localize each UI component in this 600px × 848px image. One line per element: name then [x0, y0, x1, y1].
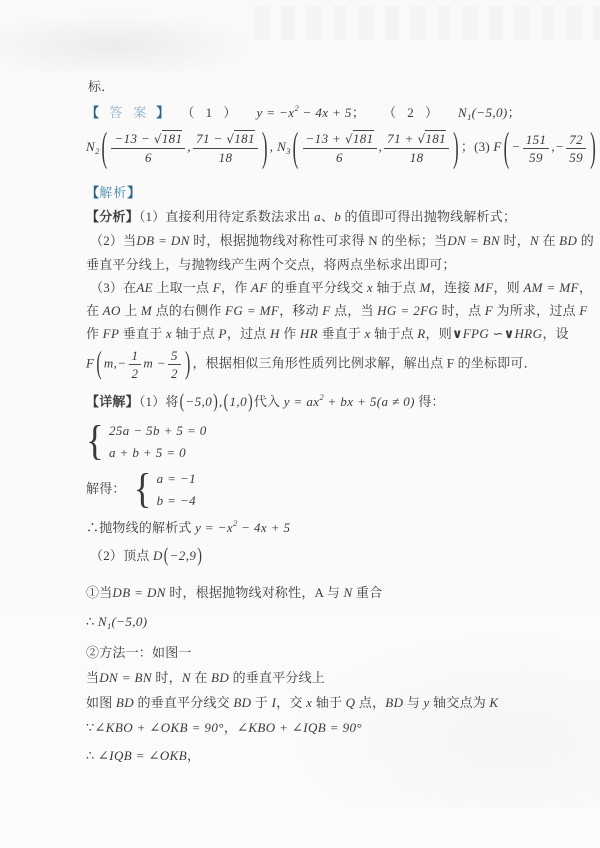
text-run: 在: [191, 670, 211, 685]
text-run: ，: [187, 748, 200, 763]
denominator: 2: [129, 365, 142, 381]
paren: (: [224, 389, 229, 418]
text-run: 代入: [254, 394, 284, 409]
system-rows: a = −1b = −4: [157, 468, 196, 512]
sqrt: √181: [417, 131, 446, 146]
text-run: BD: [559, 233, 577, 248]
case1-line: ①当DB = DN 时，根据抛物线对称性，A 与 N 重合: [86, 583, 382, 603]
radicand: 181: [353, 130, 374, 146]
text-run: BD: [385, 695, 403, 710]
text-run: 轴交点为: [430, 695, 490, 710]
text-run: ∠IQB = ∠OKB: [98, 748, 187, 763]
case2-line: 当DN = BN 时，N 在 BD 的垂直平分线上: [86, 668, 325, 688]
text-run: N: [98, 614, 107, 629]
numerator: 1: [129, 348, 142, 365]
text-run: DB = DN: [112, 585, 165, 600]
radicand: 181: [162, 130, 183, 146]
text-run: ，: [224, 720, 237, 735]
analysis-part3d: F(m,−12m −52)，根据相似三角形性质列比例求解，解出点 F 的坐标即可…: [86, 348, 537, 381]
scan-artifact: [0, 14, 250, 72]
detail-part1: 【详解】（1）将(−5,0),(1,0)代入 y = ax2 + bx + 5(…: [86, 392, 445, 413]
text-run: 答案: [109, 105, 157, 120]
paren: ): [248, 389, 253, 418]
text-run: ；: [508, 105, 521, 120]
text-run: 【: [86, 185, 99, 200]
text-run: 标．: [88, 79, 114, 94]
system-row: 25a − 5b + 5 = 0: [109, 420, 207, 442]
numerator: 151: [523, 132, 550, 149]
text-run: 点的右侧作: [152, 303, 225, 318]
text-run: 作: [280, 326, 300, 341]
equation-system: {25a − 5b + 5 = 0a + b + 5 = 0: [86, 420, 207, 464]
text-run: ∠KBO + ∠OKB = 90°: [94, 720, 223, 735]
text-run: ，则: [493, 280, 523, 295]
left-brace: {: [134, 465, 152, 516]
text-run: ；: [352, 105, 365, 120]
text-run: H: [270, 326, 280, 341]
denominator: 2: [168, 365, 181, 381]
solution-system: 解得：{a = −1b = −4: [86, 468, 196, 512]
text-run: ∠KBO + ∠IQB = 90°: [237, 720, 362, 735]
text-run: F: [322, 303, 330, 318]
text-run: BD: [233, 695, 251, 710]
angle-conclusion: ∴ ∠IQB = ∠OKB，: [86, 746, 200, 766]
text-run: （ 1 ）: [181, 105, 240, 120]
text-run: 时，: [500, 233, 530, 248]
text-run: a = −1: [157, 471, 196, 486]
text-run: 轴于点: [373, 280, 420, 295]
text-run: 】: [156, 105, 169, 120]
text-run: 6: [145, 150, 152, 165]
text-run: F: [86, 355, 94, 370]
answer-line: 【答案】（ 1 ）y = −x2 − 4x + 5；（ 2 ）N1(−5,0)；: [86, 103, 521, 123]
text-run: 轴于点: [371, 326, 418, 341]
text-run: AF: [251, 280, 268, 295]
text-run: 的: [577, 233, 594, 248]
denominator: 59: [523, 149, 550, 165]
text-run: 当: [86, 670, 99, 685]
text-run: 时，点: [438, 303, 485, 318]
text-run: ，过点: [227, 326, 270, 341]
fraction: −13 + √1816: [303, 131, 377, 165]
text-run: (−5,0): [472, 105, 508, 120]
text-run: 、: [321, 209, 334, 224]
text-run: ∨: [504, 327, 515, 342]
fraction: −13 − √1816: [111, 131, 185, 165]
paren: (: [504, 124, 510, 173]
figure-description: 如图 BD 的垂直平分线交 BD 于 I，交 x 轴于 Q 点，BD 与 y 轴…: [86, 693, 499, 713]
system-row: a + b + 5 = 0: [109, 442, 207, 464]
text-run: 垂直平分线上，与抛物线产生两个交点，将两点坐标求出即可；: [86, 257, 456, 272]
text-run: R: [417, 326, 425, 341]
text-run: ∴抛物线的解析式: [86, 520, 195, 535]
text-run: HG = 2FG: [377, 303, 438, 318]
text-run: ,: [187, 139, 191, 154]
analysis-part1: 【分析】（1）直接利用待定系数法求出 a、b 的值即可得出抛物线解析式；: [86, 207, 516, 227]
text-run: − 4x + 5: [299, 105, 352, 120]
text-run: 时，: [152, 670, 182, 685]
paren: ): [185, 345, 191, 385]
text-run: （1）将: [139, 394, 179, 409]
analysis-part3b: 在 AO 上 M 点的右侧作 FG = MF，移动 F 点，当 HG = 2FG…: [86, 301, 588, 321]
text-run: 轴于: [312, 695, 345, 710]
text-run: （2）顶点: [90, 548, 153, 563]
text-run: N: [86, 139, 95, 154]
denominator: 18: [193, 149, 258, 165]
left-brace: {: [86, 417, 104, 468]
text-run: − 4x + 5: [238, 520, 291, 535]
denominator: 18: [384, 149, 449, 165]
text-run: 71 −: [196, 131, 226, 146]
text-run: 2: [171, 366, 178, 381]
document-page: 标． 【答案】（ 1 ）y = −x2 − 4x + 5；（ 2 ）N1(−5,…: [0, 0, 600, 848]
paren: ): [262, 124, 268, 173]
text-run: y = −x: [256, 105, 294, 120]
sqrt: √181: [154, 131, 183, 146]
text-run: FP: [103, 326, 120, 341]
text-run: 轴于点: [172, 326, 219, 341]
text-run: F: [213, 280, 221, 295]
paren: (: [164, 543, 169, 572]
angle-premise: ∵∠KBO + ∠OKB = 90°，∠KBO + ∠IQB = 90°: [86, 718, 362, 738]
text-run: ，作: [221, 280, 251, 295]
text-run: , N: [270, 139, 286, 154]
text-run: DN = BN: [447, 233, 500, 248]
text-run: 151: [526, 132, 547, 147]
fraction: 71 + √18118: [384, 131, 449, 165]
analysis-part2a: （2）当DB = DN 时，根据抛物线对称性可求得 N 的坐标；当DN = BN…: [90, 231, 594, 251]
analysis-part3a: （3）在AE 上取一点 F，作 AF 的垂直平分线交 x 轴于点 M，连接 MF…: [90, 278, 592, 298]
analysis-part2b: 垂直平分线上，与抛物线产生两个交点，将两点坐标求出即可；: [86, 255, 456, 275]
text-run: 与: [403, 695, 423, 710]
text-run: FG = MF: [225, 303, 279, 318]
radical-sign: √: [154, 132, 162, 146]
text-run: N: [182, 670, 191, 685]
text-run: 】: [127, 185, 140, 200]
text-run: 2: [132, 366, 139, 381]
text-run: 解析: [99, 185, 127, 200]
text-run: y = −x: [195, 520, 233, 535]
equation-system: {25a − 5b + 5 = 0a + b + 5 = 0: [86, 420, 207, 464]
text-run: BD: [211, 670, 229, 685]
system-row: a = −1: [157, 468, 196, 490]
text-run: 6: [336, 150, 343, 165]
text-run: 重合: [353, 585, 383, 600]
text-run: 为所求，过点: [493, 303, 579, 318]
text-run: N: [458, 105, 467, 120]
text-run: F: [493, 139, 501, 154]
text-run: −: [512, 139, 521, 154]
text-run: F: [485, 303, 493, 318]
text-run: 垂直于: [318, 326, 365, 341]
text-run: 5: [171, 348, 178, 363]
text-run: 【详解】: [86, 394, 139, 409]
text-run: M: [420, 280, 431, 295]
text-run: ，交: [276, 695, 306, 710]
text-run: a: [314, 209, 321, 224]
text-run: DB = DN: [136, 233, 189, 248]
text-run: DN = BN: [99, 670, 152, 685]
text-run: 1,0: [230, 394, 247, 409]
text-run: 时，根据抛物线对称性，A 与: [166, 585, 344, 600]
text-run: 72: [569, 132, 583, 147]
text-run: F: [579, 303, 587, 318]
text-run: BD: [116, 695, 134, 710]
denominator: 6: [111, 149, 185, 165]
text-run: ∴: [86, 748, 98, 763]
text-run: HRG: [515, 326, 543, 341]
text-run: N: [530, 233, 539, 248]
sqrt: √181: [226, 131, 255, 146]
text-run: m −: [143, 355, 166, 370]
analysis-header: 【解析】: [86, 183, 140, 203]
text-run: y = ax: [284, 394, 320, 409]
text-run: (−5,0): [111, 614, 147, 629]
text-run: b = −4: [157, 493, 196, 508]
text-run: 时，根据抛物线对称性可求得 N 的坐标；当: [190, 233, 448, 248]
text-run: −5,0: [186, 394, 213, 409]
text-run: AE: [136, 280, 153, 295]
text-run: ∽: [489, 326, 504, 341]
text-run: P: [219, 326, 227, 341]
numerator: −13 − √181: [111, 131, 185, 149]
text-run: AM = MF: [523, 280, 579, 295]
paren: ): [453, 124, 459, 173]
text-run: 25a − 5b + 5 = 0: [109, 423, 207, 438]
numerator: 5: [168, 348, 181, 365]
method1-header: ②方法一：如图一: [86, 643, 192, 663]
numerator: −13 + √181: [303, 131, 377, 149]
subscript: 3: [286, 146, 290, 156]
text-run: 点，: [355, 695, 385, 710]
radical-sign: √: [345, 132, 353, 146]
equation-system: {a = −1b = −4: [134, 468, 196, 512]
text-run: FPG: [463, 326, 489, 341]
sqrt: √181: [345, 131, 374, 146]
text-run: ，移动: [279, 303, 322, 318]
text-run: 18: [410, 150, 424, 165]
text-run: 解得：: [86, 481, 126, 496]
text-run: AO: [103, 303, 121, 318]
vertex-line: （2）顶点 D(−2,9): [90, 546, 203, 567]
paren: (: [102, 124, 108, 173]
text-run: 于: [251, 695, 271, 710]
text-run: ，根据相似三角形性质列比例求解，解出点 F 的坐标即可．: [192, 355, 536, 370]
coordinate-suffix-line: 标．: [88, 77, 114, 97]
paren: ): [213, 389, 218, 418]
text-run: Q: [346, 695, 356, 710]
text-run: 在: [539, 233, 559, 248]
text-run: ，连接: [431, 280, 474, 295]
text-run: 1: [132, 348, 139, 363]
text-run: a + b + 5 = 0: [109, 445, 186, 460]
text-run: ，: [579, 280, 592, 295]
text-run: 上: [121, 303, 141, 318]
text-run: 的值即可得出抛物线解析式；: [341, 209, 516, 224]
text-run: 作: [86, 326, 103, 341]
fraction: 52: [168, 348, 181, 381]
text-run: −13 −: [114, 131, 153, 146]
text-run: M: [141, 303, 152, 318]
fraction: 12: [129, 348, 142, 381]
text-run: 在: [86, 303, 103, 318]
text-run: 71 +: [387, 131, 417, 146]
text-run: ,: [219, 394, 223, 409]
numerator: 71 − √181: [193, 131, 258, 149]
fraction: 7259: [566, 132, 586, 165]
text-run: −2,9: [170, 548, 197, 563]
text-run: 垂直于: [119, 326, 166, 341]
analysis-part3c: 作 FP 垂直于 x 轴于点 P，过点 H 作 HR 垂直于 x 轴于点 R，则…: [86, 324, 569, 345]
numerator: 72: [566, 132, 586, 149]
text-run: 【: [86, 105, 99, 120]
parabola-equation: ∴抛物线的解析式 y = −x2 − 4x + 5: [86, 518, 290, 538]
text-run: 【分析】: [86, 209, 139, 224]
text-run: 的垂直平分线交: [268, 280, 367, 295]
text-run: 的垂直平分线上: [229, 670, 325, 685]
text-run: （ 2 ）: [383, 105, 442, 120]
fraction: 71 − √18118: [193, 131, 258, 165]
text-run: 得：: [415, 394, 445, 409]
system-row: b = −4: [157, 490, 196, 512]
text-run: m,−: [104, 355, 127, 370]
text-run: 59: [529, 150, 543, 165]
text-run: ，设: [542, 326, 568, 341]
text-run: 的垂直平分线交: [134, 695, 233, 710]
text-run: （3）在: [90, 280, 136, 295]
text-run: ；(3): [461, 139, 493, 154]
text-run: 59: [569, 150, 583, 165]
denominator: 6: [303, 149, 377, 165]
text-run: N: [344, 585, 353, 600]
text-run: ，则: [426, 326, 452, 341]
radicand: 181: [425, 130, 446, 146]
paren: (: [180, 389, 185, 418]
denominator: 59: [566, 149, 586, 165]
text-run: D: [153, 548, 163, 563]
scan-artifact: [255, 6, 600, 40]
paren: ): [590, 124, 596, 173]
numerator: 71 + √181: [384, 131, 449, 149]
paren: (: [293, 124, 299, 173]
text-run: ②方法一：如图一: [86, 645, 192, 660]
text-run: （1）直接利用待定系数法求出: [139, 209, 314, 224]
paren: ): [197, 543, 202, 572]
text-run: ∨: [452, 327, 463, 342]
text-run: 如图: [86, 695, 116, 710]
text-run: ,−: [551, 139, 564, 154]
text-run: 18: [219, 150, 233, 165]
text-run: HR: [300, 326, 318, 341]
answer-points-line: N2(−13 − √1816,71 − √18118), N3(−13 + √1…: [86, 131, 598, 165]
text-run: K: [489, 695, 498, 710]
text-run: + bx + 5(a ≠ 0): [324, 394, 415, 409]
fraction: 15159: [523, 132, 550, 165]
text-run: MF: [474, 280, 494, 295]
subscript: 2: [95, 146, 99, 156]
n1-result: ∴ N1(−5,0): [86, 612, 148, 632]
system-rows: 25a − 5b + 5 = 0a + b + 5 = 0: [109, 420, 207, 464]
text-run: 点，当: [331, 303, 378, 318]
text-run: −13 +: [306, 131, 345, 146]
radicand: 181: [234, 130, 255, 146]
text-run: ∴: [86, 614, 98, 629]
text-run: ,: [379, 139, 383, 154]
text-run: （2）当: [90, 233, 136, 248]
text-run: ①当: [86, 585, 112, 600]
text-run: 上取一点: [153, 280, 213, 295]
paren: (: [96, 345, 102, 385]
